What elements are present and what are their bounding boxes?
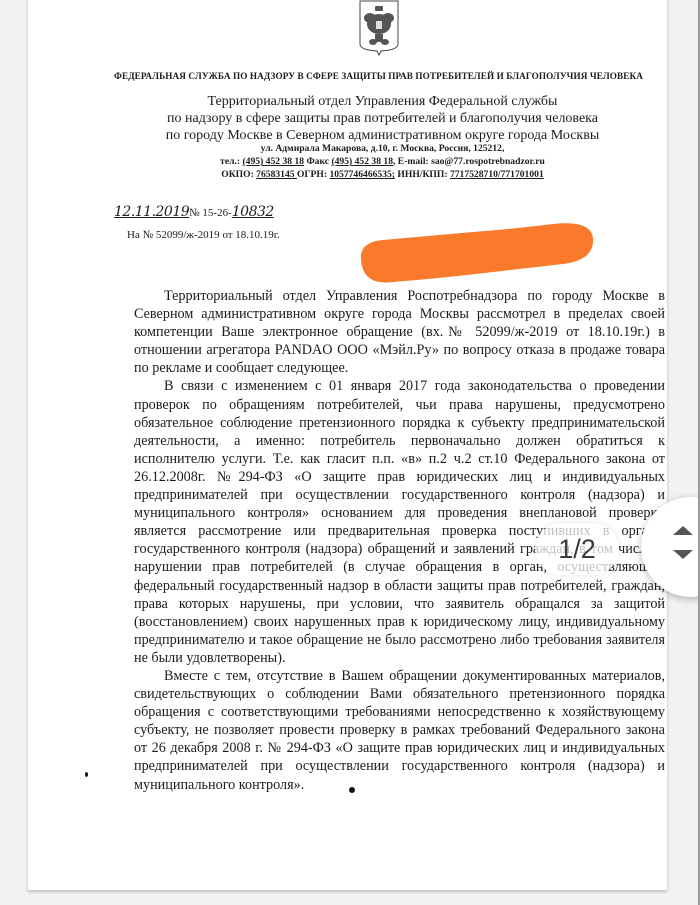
- registration-number: 12.11.2019№ 15-26-10832: [114, 204, 274, 220]
- fax-number: (495) 452 38 18: [331, 156, 393, 167]
- number-prefix: № 15-26-: [189, 207, 232, 219]
- arrow-down-icon[interactable]: [673, 550, 693, 559]
- phone-number: (495) 452 38 18: [242, 156, 304, 167]
- phone-label: тел.:: [220, 156, 242, 167]
- inn-value: 7717528710/771701001: [450, 169, 544, 180]
- redaction-mark: [353, 220, 595, 286]
- handwritten-date: 12.11.2019: [114, 204, 189, 220]
- okpo-value: 76583145: [256, 169, 297, 180]
- document-page: ФЕДЕРАЛЬНАЯ СЛУЖБА ПО НАДЗОРУ В СФЕРЕ ЗА…: [28, 0, 667, 890]
- scan-speck: [85, 772, 88, 777]
- reply-reference: На № 52099/ж-2019 от 18.10.19г.: [127, 229, 280, 241]
- department-line: Территориальный отдел Управления Федерал…: [98, 93, 667, 110]
- contact-line: тел.: (495) 452 38 18 Факс (495) 452 38 …: [98, 155, 667, 168]
- paragraph: Территориальный отдел Управления Роспотр…: [134, 287, 665, 377]
- contact-block: ул. Адмирала Макарова, д.10, г. Москва, …: [28, 142, 667, 181]
- document-viewer: ФЕДЕРАЛЬНАЯ СЛУЖБА ПО НАДЗОРУ В СФЕРЕ ЗА…: [0, 0, 700, 905]
- registry-line: ОКПО: 76583145 ОГРН: 1057746466535; ИНН/…: [98, 168, 667, 181]
- email-address: sao@77.rospotrebnadzor.ru: [431, 156, 545, 167]
- arrow-up-icon[interactable]: [673, 526, 693, 535]
- handwritten-number: 10832: [232, 204, 274, 220]
- department-line: по надзору в сфере защиты прав потребите…: [98, 110, 667, 127]
- address: ул. Адмирала Макарова, д.10, г. Москва, …: [98, 142, 667, 155]
- department-name: Территориальный отдел Управления Федерал…: [28, 93, 667, 144]
- agency-name: ФЕДЕРАЛЬНАЯ СЛУЖБА ПО НАДЗОРУ В СФЕРЕ ЗА…: [28, 71, 667, 81]
- scan-speck: [349, 787, 355, 793]
- ogrn-label: ОГРН:: [297, 169, 329, 180]
- coat-of-arms-icon: [359, 0, 399, 56]
- paragraph: Вместе с тем, отсутствие в Вашем обращен…: [134, 667, 665, 794]
- okpo-label: ОКПО:: [221, 169, 256, 180]
- email-label: , E-mail:: [393, 156, 431, 167]
- inn-label: ИНН/КПП:: [395, 169, 450, 180]
- ogrn-value: 1057746466535;: [329, 169, 395, 180]
- page-indicator: 1/2: [535, 523, 619, 575]
- fax-label: Факс: [304, 156, 331, 167]
